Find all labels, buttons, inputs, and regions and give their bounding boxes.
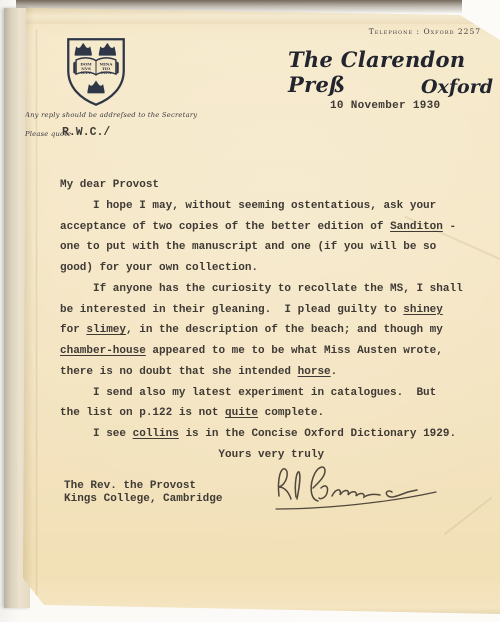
typed-text: one to put with the manuscript and one (… — [60, 241, 436, 253]
letter-paper: Telephone : Oxford 2257 The Clarendon Pr… — [20, 0, 500, 622]
underlined-word: collins — [133, 428, 179, 440]
typed-text: I send also my latest experiment in cata… — [60, 387, 436, 399]
typed-line: I send also my latest experiment in cata… — [60, 383, 490, 404]
typed-line: good) for your own collection. — [60, 258, 490, 279]
recipient-line: The Rev. the Provost — [64, 480, 222, 493]
press-city: Oxford — [421, 76, 493, 98]
typed-line: I see collins is in the Concise Oxford D… — [60, 424, 490, 445]
scan-background: Telephone : Oxford 2257 The Clarendon Pr… — [0, 0, 500, 622]
typed-line: be interested in their gleaning. I plead… — [60, 300, 490, 321]
typed-text: . — [331, 366, 338, 378]
underlined-word: shiney — [403, 304, 443, 316]
oxford-university-crest-icon: DOM MINA NVS TIO ILLV MEA — [64, 36, 128, 108]
typed-text: complete. — [258, 407, 324, 419]
typed-text: I hope I may, without seeming ostentatio… — [60, 200, 436, 212]
underlined-word: slimey — [86, 324, 126, 336]
typed-text: be interested in their gleaning. I plead… — [60, 304, 403, 316]
typed-line: chamber-house appeared to me to be what … — [60, 341, 490, 362]
letter-body: My dear Provost I hope I may, without se… — [60, 175, 490, 466]
typed-text: If anyone has the curiosity to recollate… — [60, 283, 463, 295]
paper-bottom-edge-shade — [20, 608, 500, 618]
typed-line: acceptance of two copies of the better e… — [60, 217, 490, 238]
recipient-line: Kings College, Cambridge — [64, 493, 222, 506]
telephone-line: Telephone : Oxford 2257 — [369, 27, 481, 36]
letter-date: 10 November 1930 — [330, 100, 440, 112]
typed-text: good) for your own collection. — [60, 262, 258, 274]
underlined-word: quite — [225, 407, 258, 419]
typed-text: the list on p.122 is not — [60, 407, 225, 419]
underlined-word: horse — [298, 366, 331, 378]
reply-instruction-note: Any reply should be addreſsed to the Sec… — [25, 111, 197, 119]
typed-text: , in the description of the beach; and t… — [126, 324, 443, 336]
typed-line: there is no doubt that she intended hors… — [60, 362, 490, 383]
paper-corner-crease — [444, 497, 493, 536]
typed-text: My dear Provost — [60, 179, 159, 191]
typed-text: - — [443, 221, 456, 233]
typed-text: I see — [60, 428, 133, 440]
handwritten-signature — [268, 458, 443, 516]
typed-line: for slimey, in the description of the be… — [60, 320, 490, 341]
typed-text: appeared to me to be what Miss Austen wr… — [146, 345, 443, 357]
typed-line: the list on p.122 is not quite complete. — [60, 403, 490, 424]
typed-text: there is no doubt that she intended — [60, 366, 298, 378]
typed-line: I hope I may, without seeming ostentatio… — [60, 196, 490, 217]
typed-text: for — [60, 324, 86, 336]
crest-motto-word: MEA — [101, 70, 112, 75]
underlined-word: chamber-house — [60, 345, 146, 357]
typed-line: If anyone has the curiosity to recollate… — [60, 279, 490, 300]
typed-text: is in the Concise Oxford Dictionary 1929… — [179, 428, 456, 440]
typed-text: acceptance of two copies of the better e… — [60, 221, 390, 233]
underlined-word: Sanditon — [390, 221, 443, 233]
recipient-address: The Rev. the Provost Kings College, Camb… — [64, 480, 222, 505]
typed-line: one to put with the manuscript and one (… — [60, 237, 490, 258]
crest-motto-word: ILLV — [81, 70, 92, 75]
typed-line: My dear Provost — [60, 175, 490, 196]
quote-reference: R.W.C./ — [62, 126, 110, 139]
